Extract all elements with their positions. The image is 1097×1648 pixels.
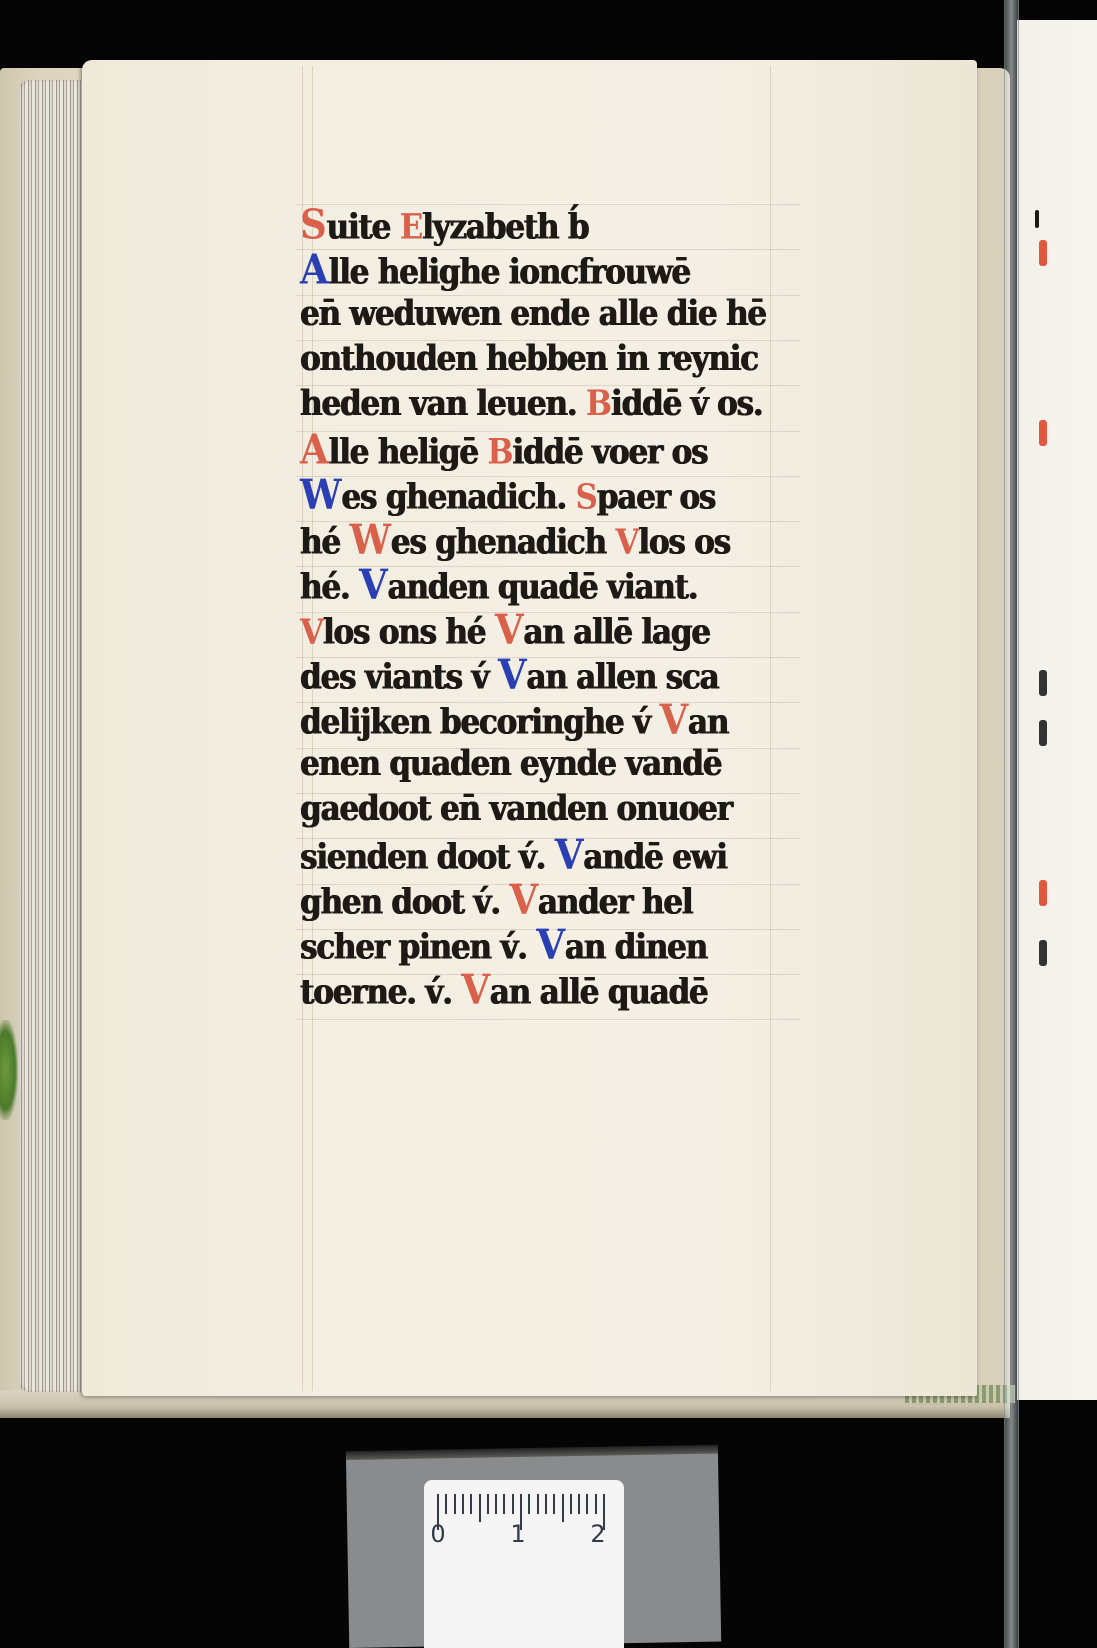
text-line: ghen doot v́. Vander hel — [300, 874, 805, 924]
decorated-initial: V — [495, 604, 523, 654]
scale-tick — [503, 1494, 505, 1514]
text-line: delijken becoringhe v́ Van — [300, 694, 805, 744]
rubricated-letter: S — [576, 477, 597, 517]
decorated-initial: A — [300, 424, 328, 474]
rubricated-letter: V — [615, 522, 638, 562]
scale-tick — [437, 1494, 439, 1530]
rubricated-letter: B — [586, 384, 611, 424]
manuscript-text-block: Suite Elyzabeth b́Alle helighe ioncfrouw… — [300, 202, 805, 1012]
text-segment: an allē lage — [523, 612, 709, 652]
text-line: Vlos ons hé Van allē lage — [300, 604, 805, 654]
text-segment: heden van leuen. — [300, 384, 586, 424]
text-segment: delijken becoringhe v́ — [300, 702, 659, 742]
text-segment: sienden doot v́. — [300, 837, 555, 877]
facing-page — [1017, 20, 1097, 1400]
text-line: Alle helighe ioncfrouwē — [300, 244, 805, 294]
rubricated-letter: E — [400, 207, 422, 247]
decorated-initial: A — [300, 244, 328, 294]
scale-tick — [603, 1494, 605, 1530]
text-segment: es ghenadich. — [341, 477, 575, 517]
decorated-initial: V — [461, 964, 489, 1014]
decorated-initial: V — [498, 649, 526, 699]
decorated-initial: V — [555, 829, 583, 879]
green-cloth-left — [0, 1020, 18, 1120]
text-line: gaedoot en̄ vanden onuoer — [300, 784, 805, 834]
text-segment: ander hel — [538, 882, 692, 922]
text-line: Wes ghenadich. Spaer os — [300, 469, 805, 519]
text-segment: lle heligē — [329, 432, 488, 472]
text-segment: anden quadē viant. — [388, 567, 698, 607]
scale-tick — [462, 1494, 464, 1514]
scale-tick — [570, 1494, 572, 1514]
scale-tick — [545, 1494, 547, 1514]
text-segment: b́ — [558, 207, 588, 247]
decorated-initial: V — [659, 694, 687, 744]
text-segment: es ghenadich — [391, 522, 616, 562]
text-segment: lyzabeth — [422, 207, 558, 247]
decorated-initial: V — [509, 874, 537, 924]
facing-rubric-mark — [1039, 240, 1047, 266]
scale-tick — [586, 1494, 588, 1514]
text-line: des viants v́ Van allen sca — [300, 649, 805, 699]
rubricated-letter: B — [487, 432, 512, 472]
rubricated-letter: V — [300, 612, 323, 652]
text-line: enen quaden eynde vandē — [300, 739, 805, 789]
decorated-initial: S — [300, 199, 326, 249]
text-line: Alle heligē Biddē voer os — [300, 424, 805, 474]
text-line: en̄ weduwen ende alle die hē — [300, 289, 805, 339]
text-line: onthouden hebben in reynic — [300, 334, 805, 384]
text-segment: enen quaden eynde vandē — [300, 744, 721, 784]
facing-rubric-mark — [1039, 420, 1047, 446]
scale-tick — [454, 1494, 456, 1514]
text-segment: onthouden hebben in reynic — [300, 339, 758, 379]
text-segment: gaedoot en̄ vanden onuoer — [300, 789, 732, 829]
text-line: toerne. v́. Van allē quadē — [300, 964, 805, 1014]
facing-text-fragment — [1039, 720, 1047, 746]
text-segment: scher pinen v́. — [300, 927, 536, 967]
text-segment: iddē v́ os. — [611, 384, 762, 424]
scale-tick — [512, 1494, 514, 1514]
text-segment: los os — [638, 522, 730, 562]
facing-text-fragment — [1039, 670, 1047, 696]
scale-tick — [487, 1494, 489, 1514]
decorated-initial: W — [300, 469, 340, 519]
text-line: Suite Elyzabeth b́ — [300, 199, 805, 249]
scale-label-2: 2 — [588, 1520, 608, 1548]
text-segment: an — [688, 702, 728, 742]
facing-text-fragment — [1035, 210, 1039, 228]
text-segment: an allē quadē — [490, 972, 708, 1012]
text-segment: hé. — [300, 567, 359, 607]
page-edges-stack — [18, 80, 88, 1392]
scale-tick — [445, 1494, 447, 1514]
ruling-line-horizontal — [295, 1019, 800, 1020]
text-line: heden van leuen. Biddē v́ os. — [300, 379, 805, 429]
text-segment: des viants v́ — [300, 657, 498, 697]
text-line: scher pinen v́. Van dinen — [300, 919, 805, 969]
text-segment: uite — [327, 207, 400, 247]
decorated-initial: W — [349, 514, 389, 564]
text-segment: los ons hé — [323, 612, 495, 652]
scale-tick — [520, 1494, 522, 1530]
facing-text-fragment — [1039, 940, 1047, 966]
facing-rubric-mark — [1039, 880, 1047, 906]
decorated-initial: V — [359, 559, 387, 609]
text-segment: toerne. v́. — [300, 972, 461, 1012]
scale-label-1: 1 — [508, 1520, 528, 1548]
text-segment: en̄ weduwen ende alle die hē — [300, 294, 766, 334]
text-segment: an allen sca — [526, 657, 718, 697]
measurement-scale: 0 1 2 — [424, 1480, 624, 1648]
scale-tick — [470, 1494, 472, 1514]
text-line: sienden doot v́. Vandē ewi — [300, 829, 805, 879]
text-segment: iddē voer os — [512, 432, 707, 472]
scale-tick — [553, 1494, 555, 1514]
text-line: hé Wes ghenadich Vlos os — [300, 514, 805, 564]
text-segment: andē ewi — [583, 837, 726, 877]
text-segment: ghen doot v́. — [300, 882, 509, 922]
scale-tick — [595, 1494, 597, 1514]
text-segment: lle helighe ioncfrouwē — [329, 252, 690, 292]
text-line: hé. Vanden quadē viant. — [300, 559, 805, 609]
decorated-initial: V — [536, 919, 564, 969]
scale-tick — [578, 1494, 580, 1514]
scale-tick — [495, 1494, 497, 1514]
text-segment: paer os — [597, 477, 715, 517]
glass-plate — [1004, 0, 1019, 1648]
scale-tick — [562, 1494, 564, 1522]
scale-tick — [479, 1494, 481, 1522]
text-segment: an dinen — [565, 927, 707, 967]
scale-tick — [537, 1494, 539, 1514]
text-segment: hé — [300, 522, 349, 562]
scale-tick — [528, 1494, 530, 1514]
